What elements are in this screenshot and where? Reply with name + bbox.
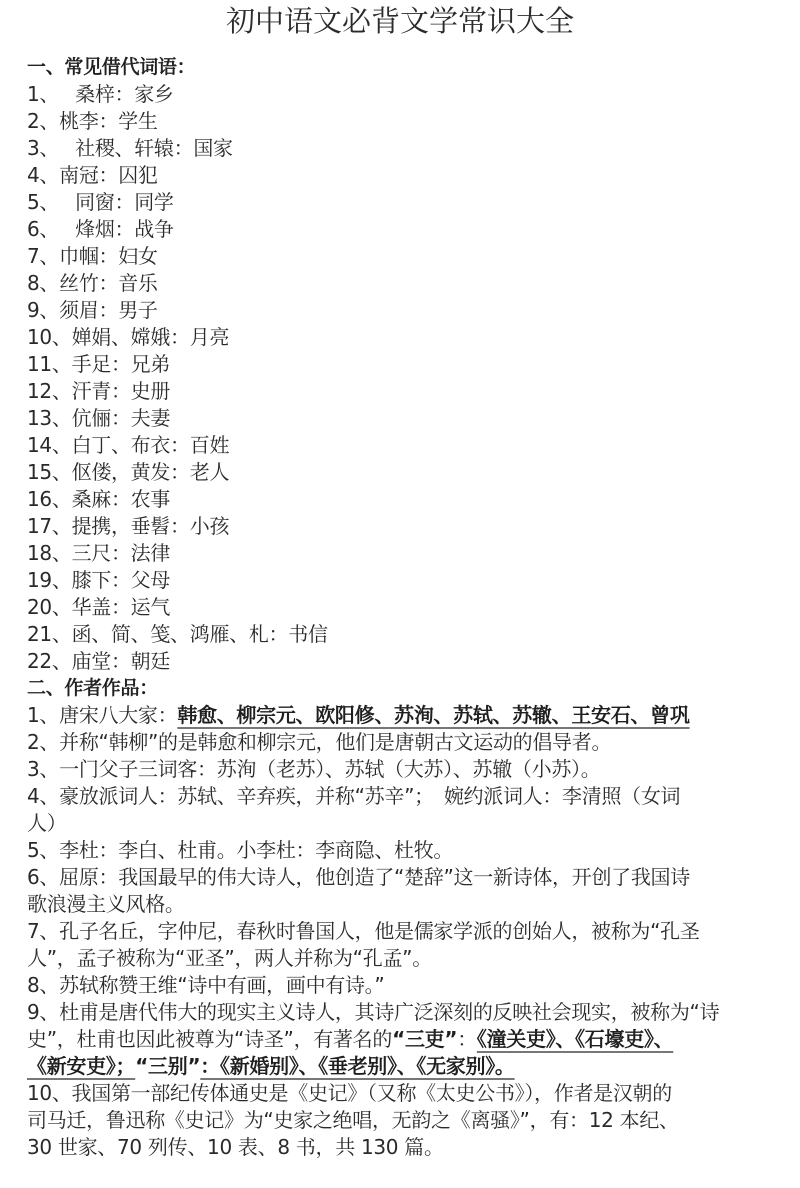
item-number: 9、 bbox=[27, 298, 59, 322]
list-item-eight-masters: 1、唐宋八大家：韩愈、柳宗元、欧阳修、苏洵、苏轼、苏辙、王安石、曾巩 bbox=[27, 702, 787, 729]
section-heading-borrowed-words: 一、常见借代词语： bbox=[27, 54, 787, 81]
item-text: 同窗：同学 bbox=[75, 190, 174, 214]
borrowed-words-list: 1、桑梓：家乡2、桃李：学生3、社稷、轩辕：国家4、南冠：囚犯5、同窗：同学6、… bbox=[27, 81, 787, 675]
list-item-continuation: 人”，孟子被称为“亚圣”，两人并称为“孔孟”。 bbox=[27, 945, 787, 972]
item-text: 桑梓：家乡 bbox=[75, 82, 174, 106]
eight-masters-names: 韩愈、柳宗元、欧阳修、苏洵、苏轼、苏辙、王安石、曾巩 bbox=[177, 703, 689, 727]
item-text: 提携，垂髫：小孩 bbox=[72, 514, 230, 538]
item-text: 伛偻，黄发：老人 bbox=[72, 460, 230, 484]
borrowed-word-item: 12、汗青：史册 bbox=[27, 378, 787, 405]
item-number: 13、 bbox=[27, 406, 72, 430]
item-text: 须眉：男子 bbox=[59, 298, 158, 322]
borrowed-word-item: 1、桑梓：家乡 bbox=[27, 81, 787, 108]
list-item: 5、李杜：李白、杜甫。小李杜：李商隐、杜牧。 bbox=[27, 837, 787, 864]
three-farewells-label: “三别” bbox=[135, 1054, 200, 1078]
borrowed-word-item: 8、丝竹：音乐 bbox=[27, 270, 787, 297]
item-text: 桃李：学生 bbox=[59, 109, 158, 133]
item-text: 巾帼：妇女 bbox=[59, 244, 158, 268]
item-text: 丝竹：音乐 bbox=[59, 271, 158, 295]
document-title: 初中语文必背文学常识大全 bbox=[0, 2, 800, 40]
item-text: 伉俪：夫妻 bbox=[72, 406, 171, 430]
list-item: 6、屈原：我国最早的伟大诗人，他创造了“楚辞”这一新诗体，开创了我国诗 bbox=[27, 864, 787, 891]
three-officials-titles: 《潼关吏》、《石壕吏》、 bbox=[477, 1027, 673, 1051]
item-text: 庙堂：朝廷 bbox=[72, 649, 171, 673]
item-text: 南冠：囚犯 bbox=[59, 163, 158, 187]
borrowed-word-item: 3、社稷、轩辕：国家 bbox=[27, 135, 787, 162]
borrowed-word-item: 15、伛偻，黄发：老人 bbox=[27, 459, 787, 486]
item-number: 21、 bbox=[27, 622, 72, 646]
item-number: 1、 bbox=[27, 82, 59, 106]
borrowed-word-item: 19、膝下：父母 bbox=[27, 567, 787, 594]
list-item: 8、苏轼称赞王维“诗中有画，画中有诗。” bbox=[27, 972, 787, 999]
borrowed-word-item: 22、庙堂：朝廷 bbox=[27, 648, 787, 675]
borrowed-word-item: 5、同窗：同学 bbox=[27, 189, 787, 216]
list-item: 2、并称“韩柳”的是韩愈和柳宗元，他们是唐朝古文运动的倡导者。 bbox=[27, 729, 787, 756]
item-number: 2、 bbox=[27, 109, 59, 133]
borrowed-word-item: 4、南冠：囚犯 bbox=[27, 162, 787, 189]
item-number: 11、 bbox=[27, 352, 72, 376]
item-number: 10、 bbox=[27, 325, 72, 349]
item-number: 22、 bbox=[27, 649, 72, 673]
item-number: 3、 bbox=[27, 136, 59, 160]
list-item-continuation: 《新安吏》；“三别”：《新婚别》、《垂老别》、《无家别》。 bbox=[27, 1053, 787, 1080]
item-text: 婵娟、嫦娥：月亮 bbox=[72, 325, 230, 349]
item-text: 烽烟：战争 bbox=[75, 217, 174, 241]
list-item: 3、一门父子三词客：苏洵（老苏）、苏轼（大苏）、苏辙（小苏）。 bbox=[27, 756, 787, 783]
borrowed-word-item: 2、桃李：学生 bbox=[27, 108, 787, 135]
item-text: 膝下：父母 bbox=[72, 568, 171, 592]
item-number: 16、 bbox=[27, 487, 72, 511]
item-number: 12、 bbox=[27, 379, 72, 403]
item-text: 手足：兄弟 bbox=[72, 352, 171, 376]
item-number: 7、 bbox=[27, 244, 59, 268]
item-text: 桑麻：农事 bbox=[72, 487, 171, 511]
section-heading-authors-works: 二、作者作品： bbox=[27, 675, 787, 702]
borrowed-word-item: 14、白丁、布衣：百姓 bbox=[27, 432, 787, 459]
item-number: 5、 bbox=[27, 190, 59, 214]
borrowed-word-item: 21、函、简、笺、鸿雁、札：书信 bbox=[27, 621, 787, 648]
three-farewells-titles: ：《新婚别》、《垂老别》、《无家别》。 bbox=[200, 1054, 514, 1078]
item-text: 三尺：法律 bbox=[72, 541, 171, 565]
borrowed-word-item: 6、烽烟：战争 bbox=[27, 216, 787, 243]
list-item: 10、我国第一部纪传体通史是《史记》（又称《太史公书》），作者是汉朝的 bbox=[27, 1080, 787, 1107]
borrowed-word-item: 18、三尺：法律 bbox=[27, 540, 787, 567]
borrowed-word-item: 10、婵娟、嫦娥：月亮 bbox=[27, 324, 787, 351]
list-item-continuation: 司马迁，鲁迅称《史记》为“史家之绝唱，无韵之《离骚》”，有：12 本纪、 bbox=[27, 1107, 787, 1134]
borrowed-word-item: 17、提携，垂髫：小孩 bbox=[27, 513, 787, 540]
list-item-continuation: 史”，杜甫也因此被尊为“诗圣”，有著名的“三吏”：《潼关吏》、《石壕吏》、 bbox=[27, 1026, 787, 1053]
item-prefix: 1、唐宋八大家： bbox=[27, 703, 177, 727]
list-item-continuation: 歌浪漫主义风格。 bbox=[27, 891, 787, 918]
item-text: 白丁、布衣：百姓 bbox=[72, 433, 230, 457]
list-item: 9、杜甫是唐代伟大的现实主义诗人，其诗广泛深刻的反映社会现实，被称为“诗 bbox=[27, 999, 787, 1026]
borrowed-word-item: 9、须眉：男子 bbox=[27, 297, 787, 324]
item-number: 6、 bbox=[27, 217, 59, 241]
list-item-continuation: 人） bbox=[27, 810, 787, 837]
borrowed-word-item: 20、华盖：运气 bbox=[27, 594, 787, 621]
item-number: 17、 bbox=[27, 514, 72, 538]
item-number: 4、 bbox=[27, 163, 59, 187]
item-text: 社稷、轩辕：国家 bbox=[75, 136, 233, 160]
list-item-continuation: 30 世家、70 列传、10 表、8 书，共 130 篇。 bbox=[27, 1134, 787, 1161]
item-number: 20、 bbox=[27, 595, 72, 619]
item-number: 15、 bbox=[27, 460, 72, 484]
item-number: 18、 bbox=[27, 541, 72, 565]
item-number: 19、 bbox=[27, 568, 72, 592]
item-number: 8、 bbox=[27, 271, 59, 295]
three-officials-titles-cont: 《新安吏》； bbox=[27, 1054, 135, 1078]
list-item: 4、豪放派词人：苏轼、辛弃疾，并称“苏辛”；婉约派词人：李清照（女词 bbox=[27, 783, 787, 810]
borrowed-word-item: 11、手足：兄弟 bbox=[27, 351, 787, 378]
item-text: 汗青：史册 bbox=[72, 379, 171, 403]
list-item: 7、孔子名丘，字仲尼，春秋时鲁国人，他是儒家学派的创始人，被称为“孔圣 bbox=[27, 918, 787, 945]
borrowed-word-item: 16、桑麻：农事 bbox=[27, 486, 787, 513]
item-text: 函、简、笺、鸿雁、札：书信 bbox=[72, 622, 328, 646]
borrowed-word-item: 13、伉俪：夫妻 bbox=[27, 405, 787, 432]
document-body: 一、常见借代词语： 1、桑梓：家乡2、桃李：学生3、社稷、轩辕：国家4、南冠：囚… bbox=[27, 54, 787, 1161]
item-number: 14、 bbox=[27, 433, 72, 457]
three-officials-label: “三吏” bbox=[392, 1027, 457, 1051]
borrowed-word-item: 7、巾帼：妇女 bbox=[27, 243, 787, 270]
item-text: 华盖：运气 bbox=[72, 595, 171, 619]
